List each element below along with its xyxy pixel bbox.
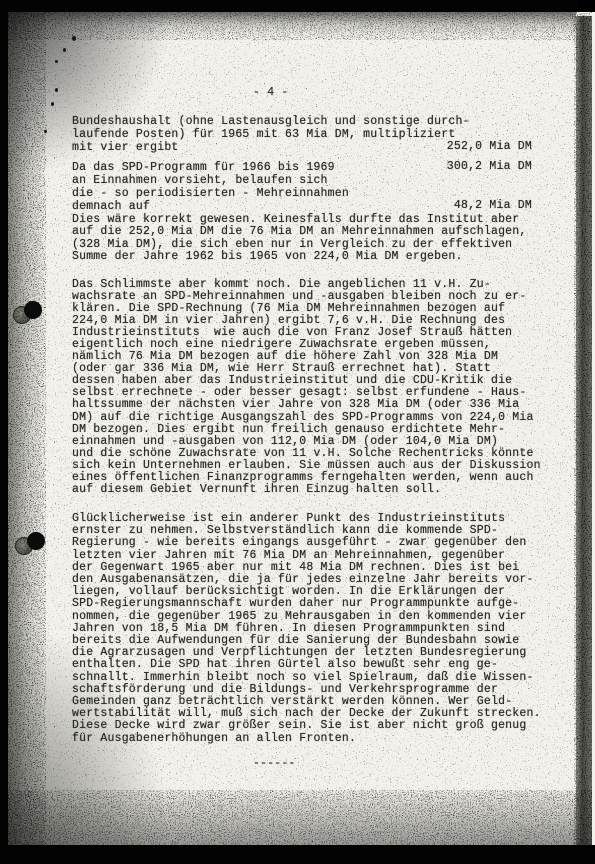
ledger-row: Da das SPD-Programm für 1966 bis 1969300…: [72, 157, 532, 170]
text-line: eines öffentlichen Finanzprogramms ferng…: [72, 472, 550, 484]
paragraph-growth-rate-critique: Das Schlimmste aber kommt noch. Die ange…: [72, 279, 550, 496]
text-line: auf diesem Gebiet Vernunft ihren Einzug …: [72, 484, 550, 496]
budget-ledger-block: Bundeshaushalt (ohne Lastenausgleich und…: [72, 111, 532, 211]
ledger-row: Bundeshaushalt (ohne Lastenausgleich und…: [72, 111, 532, 124]
text-line: für Ausgabenerhöhungen an allen Fronten.: [72, 733, 550, 745]
ledger-row: mit vier ergibt252,0 Mia DM: [72, 137, 532, 150]
text-line: Regierung - wie bereits eingangs ausgefü…: [72, 537, 550, 549]
text-line: Diese Decke wird zwar größer sein. Sie i…: [72, 720, 550, 732]
document-content: - 4 - Bundeshaushalt (ohne Lastenausglei…: [0, 0, 595, 864]
scan-border-left: [0, 0, 8, 864]
ledger-row: die - so periodisierten - Mehreinnahmen: [72, 183, 532, 196]
page-number: - 4 -: [253, 86, 289, 99]
text-line: SPD-Regierungsmannschaft wurden daher nu…: [72, 598, 550, 610]
text-line: DM bezogen. Dies ergibt nun freilich gen…: [72, 424, 550, 436]
ledger-row: an Einnahmen vorsieht, belaufen sich: [72, 170, 532, 183]
text-line: schnallt. Immerhin bleibt noch so viel S…: [72, 672, 550, 684]
scan-border-top: [0, 0, 578, 12]
text-line: DM) auf die richtige Ausgangszahl des SP…: [72, 412, 550, 424]
scan-border-bottom: [0, 845, 595, 864]
scanned-document-page: - 4 - Bundeshaushalt (ohne Lastenausglei…: [0, 0, 595, 864]
ledger-row: laufende Posten) für 1965 mit 63 Mia DM,…: [72, 124, 532, 137]
text-line: sich kein Unternehmen erlauben. Sie müss…: [72, 460, 550, 472]
text-line: haltssumme der nächsten vier Jahre von 3…: [72, 399, 550, 411]
text-line: Summe der Jahre 1962 bis 1965 von 224,0 …: [72, 251, 550, 263]
text-line: auf die 252,0 Mia DM die 76 Mia DM an Me…: [72, 226, 550, 238]
ledger-text: mit vier ergibt: [72, 141, 179, 154]
text-line: einnahmen und -ausgaben von 112,0 Mia DM…: [72, 436, 550, 448]
text-line: nommen, die gegenüber 1965 zu Mehrausgab…: [72, 611, 550, 623]
ledger-text: demnach auf: [72, 200, 150, 213]
paragraph-spd-program-points: Glücklicherweise ist ein anderer Punkt d…: [72, 513, 550, 745]
text-line: enthalten. Die SPD hat ihren Gürtel also…: [72, 659, 550, 671]
end-divider: ------: [253, 757, 296, 770]
ledger-amount: 252,0 Mia DM: [447, 140, 532, 153]
ledger-amount: 48,2 Mia DM: [454, 199, 532, 212]
text-line: und die schöne Zuwachsrate von 11 v.H. S…: [72, 448, 550, 460]
paragraph-recalculation: Dies wäre korrekt gewesen. Keinesfalls d…: [72, 214, 550, 263]
text-line: letzten vier Jahren mit 76 Mia DM an Meh…: [72, 550, 550, 562]
ledger-row: demnach auf48,2 Mia DM: [72, 196, 532, 209]
